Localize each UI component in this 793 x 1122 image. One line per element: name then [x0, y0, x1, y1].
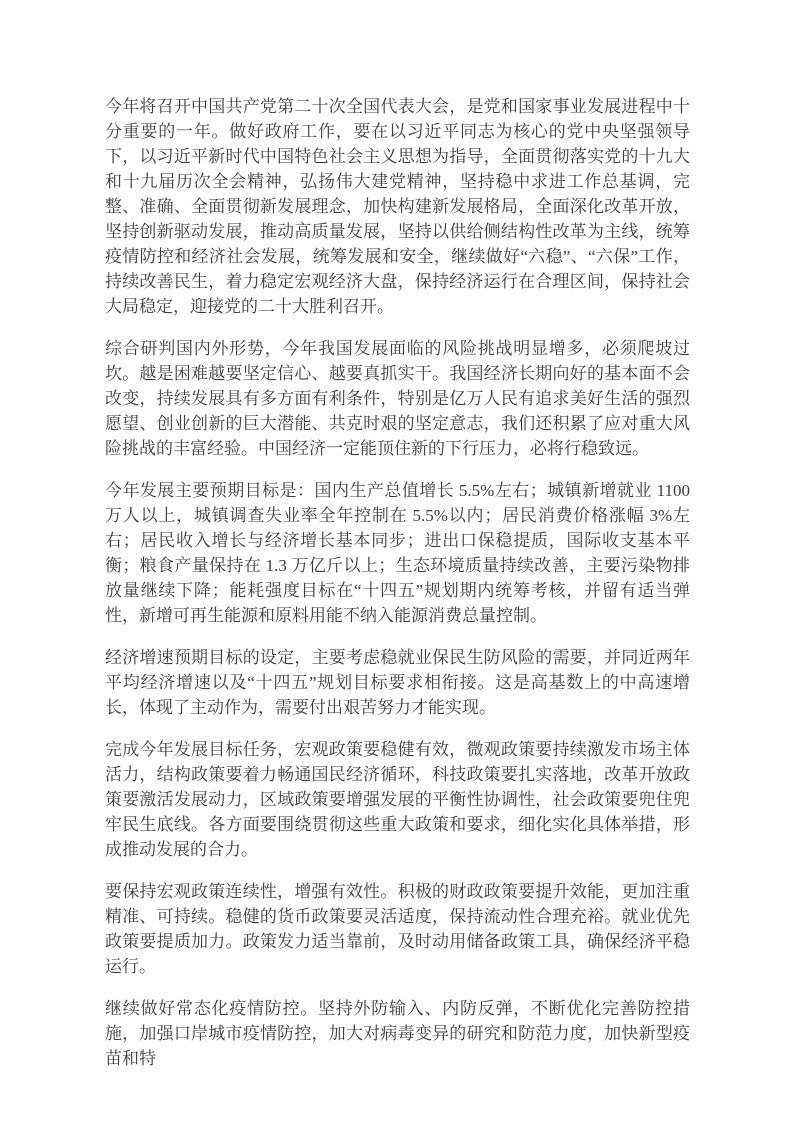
document-body: 今年将召开中国共产党第二十次全国代表大会，是党和国家事业发展进程中十分重要的一年…: [105, 94, 690, 1071]
paragraph-5: 完成今年发展目标任务，宏观政策要稳健有效，微观政策要持续激发市场主体活力，结构政…: [105, 737, 690, 862]
paragraph-2: 综合研判国内外形势，今年我国发展面临的风险挑战明显增多，必须爬坡过坎。越是困难越…: [105, 336, 690, 461]
paragraph-4: 经济增速预期目标的设定，主要考虑稳就业保民生防风险的需要，并同近两年平均经济增速…: [105, 645, 690, 720]
paragraph-7-truncated: 继续做好常态化疫情防控。坚持外防输入、内防反弹，不断优化完善防控措施，加强口岸城…: [105, 996, 690, 1071]
paragraph-1: 今年将召开中国共产党第二十次全国代表大会，是党和国家事业发展进程中十分重要的一年…: [105, 94, 690, 319]
paragraph-6: 要保持宏观政策连续性，增强有效性。积极的财政政策要提升效能，更加注重精准、可持续…: [105, 879, 690, 979]
paragraph-3: 今年发展主要预期目标是：国内生产总值增长 5.5%左右；城镇新增就业 1100 …: [105, 478, 690, 628]
document-page: 今年将召开中国共产党第二十次全国代表大会，是党和国家事业发展进程中十分重要的一年…: [0, 0, 793, 1122]
